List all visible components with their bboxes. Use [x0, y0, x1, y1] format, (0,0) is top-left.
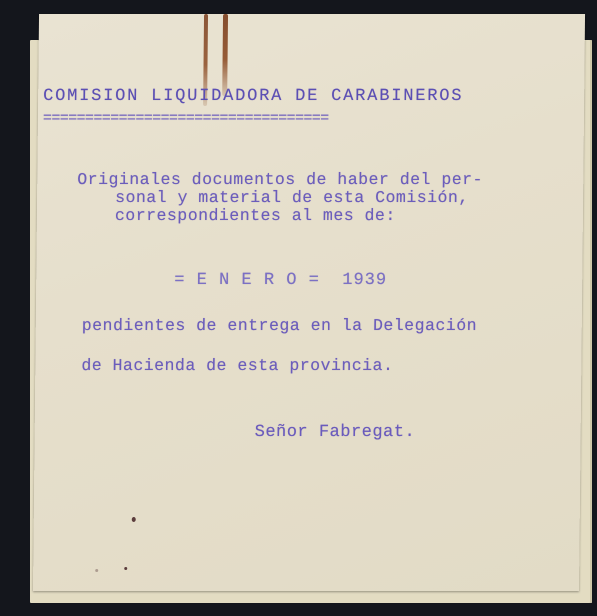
document-page: COMISION LIQUIDADORA DE CARABINEROS ====… [33, 14, 585, 591]
speck [132, 517, 136, 522]
body-line: correspondientes al mes de: [115, 207, 396, 225]
body-line: sonal y material de esta Comisión, [115, 189, 469, 207]
signature: Señor Fabregat. [255, 423, 416, 442]
closing-line: de Hacienda de esta provincia. [81, 357, 393, 375]
body-line: Originales documentos de haber del per- [77, 171, 483, 189]
speck [124, 567, 127, 570]
rust-stain [222, 14, 228, 96]
document-header: COMISION LIQUIDADORA DE CARABINEROS [43, 87, 463, 106]
speck [95, 569, 98, 572]
header-underline: ================================== [43, 110, 329, 127]
month-year: = E N E R O = 1939 [174, 271, 387, 290]
closing-line: pendientes de entrega en la Delegación [82, 317, 477, 335]
